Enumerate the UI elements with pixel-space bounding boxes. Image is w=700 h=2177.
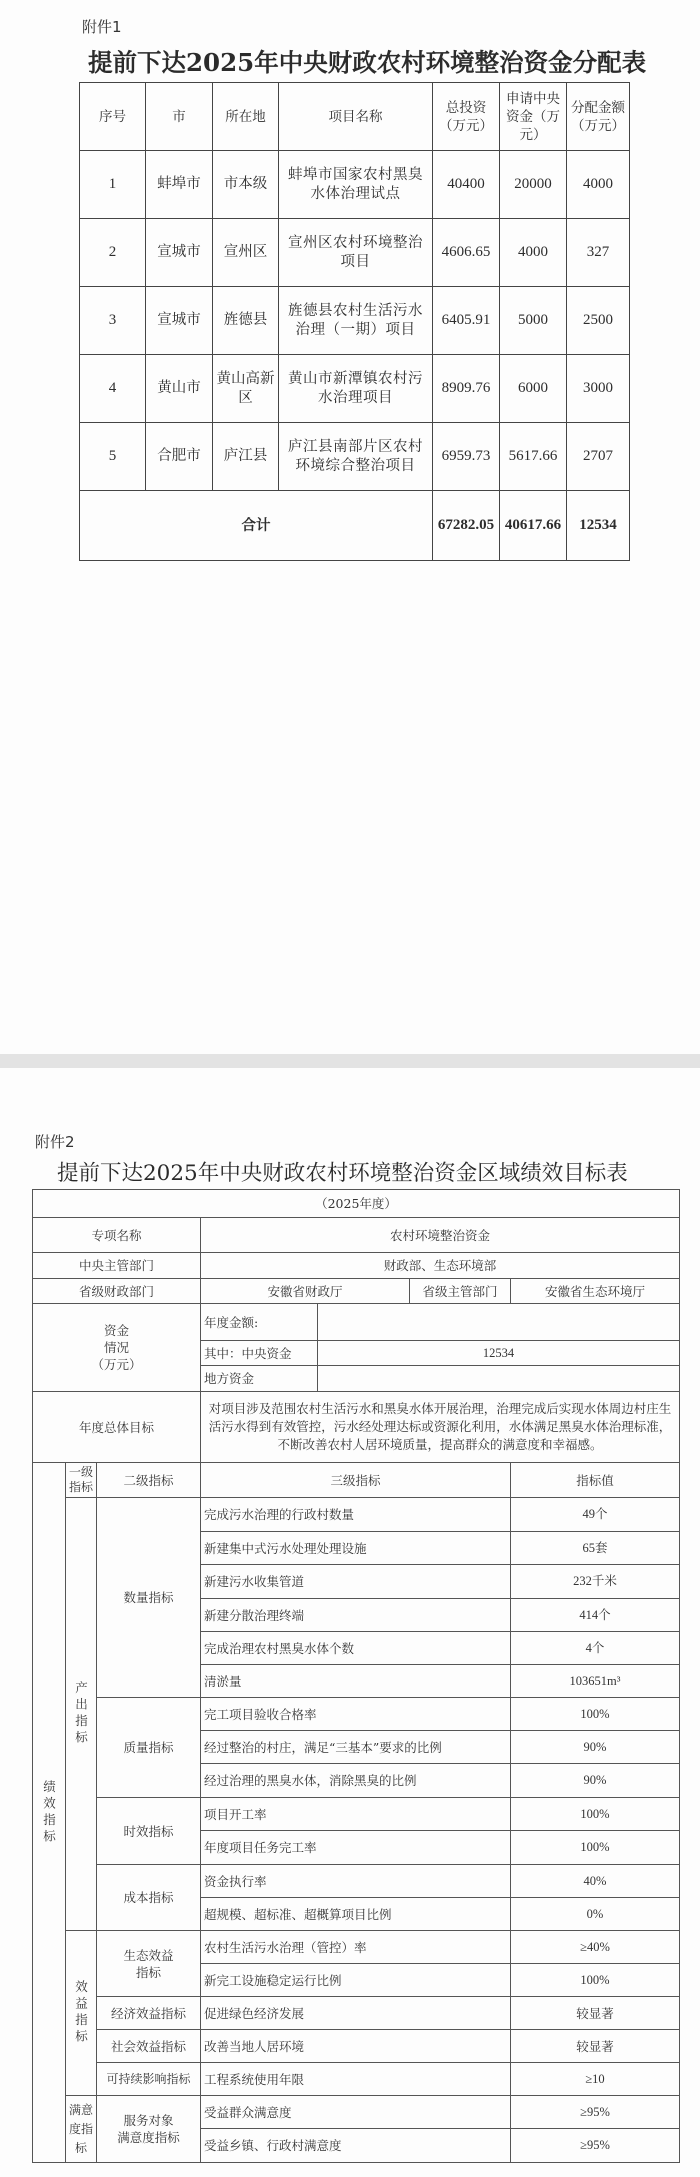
indicator-name: 新建污水收集管道	[201, 1565, 511, 1599]
allocated-sum: 12534	[567, 491, 630, 561]
header-allocated: 分配金额（万元）	[567, 83, 630, 151]
indicator-value: 100%	[511, 1964, 680, 1997]
table-header-row: 序号 市 所在地 项目名称 总投资（万元） 申请中央资金（万元） 分配金额（万元…	[80, 83, 630, 151]
prov-dept-value: 安徽省生态环境厅	[511, 1279, 680, 1304]
indicator-name: 项目开工率	[201, 1798, 511, 1831]
indicator-name: 完工项目验收合格率	[201, 1698, 511, 1731]
indicator-name: 促进绿色经济发展	[201, 1997, 511, 2030]
cell-total-investment: 6959.73	[433, 423, 500, 491]
indicator-value: ≥95%	[511, 2096, 680, 2129]
benefit-indicators-label: 效益指标	[66, 1931, 97, 2096]
annual-goal-row: 年度总体目标 对项目涉及范围农村生活污水和黑臭水体开展治理，治理完成后实现水体周…	[33, 1392, 680, 1463]
cell-allocated: 2500	[567, 287, 630, 355]
special-name-row: 专项名称 农村环境整治资金	[33, 1218, 680, 1253]
table-row: 2 宣城市 宣州区 宣州区农村环境整治项目 4606.65 4000 327	[80, 219, 630, 287]
special-name-value: 农村环境整治资金	[201, 1218, 680, 1253]
cell-allocated: 3000	[567, 355, 630, 423]
header-project: 项目名称	[279, 83, 433, 151]
service-satisfaction-label: 服务对象 满意度指标	[97, 2096, 201, 2163]
indicator-value: 100%	[511, 1798, 680, 1831]
special-name-label: 专项名称	[33, 1218, 201, 1253]
allocation-table: 序号 市 所在地 项目名称 总投资（万元） 申请中央资金（万元） 分配金额（万元…	[79, 82, 630, 561]
cell-project: 旌德县农村生活污水治理（一期）项目	[279, 287, 433, 355]
funds-annual-row: 资金 情况 （万元） 年度金额:	[33, 1304, 680, 1341]
total-investment-sum: 67282.05	[433, 491, 500, 561]
local-funds-value	[318, 1366, 680, 1392]
central-dept-label: 中央主管部门	[33, 1253, 201, 1279]
cell-allocated: 327	[567, 219, 630, 287]
social-indicators-label: 社会效益指标	[97, 2030, 201, 2063]
page-title: 提前下达2025年中央财政农村环境整治资金区域绩效目标表	[57, 1156, 628, 1187]
economic-indicators-label: 经济效益指标	[97, 1997, 201, 2030]
indicator-value: ≥95%	[511, 2129, 680, 2163]
indicator-value: 103651m³	[511, 1665, 680, 1698]
table-row: 1 蚌埠市 市本级 蚌埠市国家农村黑臭水体治理试点 40400 20000 40…	[80, 151, 630, 219]
indicator-name: 经过治理的黑臭水体，消除黑臭的比例	[201, 1764, 511, 1798]
prov-finance-value: 安徽省财政厅	[201, 1279, 410, 1304]
satisfaction-indicators-label: 满意度指标	[66, 2096, 97, 2163]
cell-project: 黄山市新潭镇农村污水治理项目	[279, 355, 433, 423]
indicator-row: 可持续影响指标 工程系统使用年限 ≥10	[33, 2063, 680, 2096]
header-city: 市	[146, 83, 213, 151]
indicator-name: 年度项目任务完工率	[201, 1831, 511, 1865]
indicator-value: 40%	[511, 1865, 680, 1898]
indicator-row: 质量指标 完工项目验收合格率 100%	[33, 1698, 680, 1731]
local-funds-label: 地方资金	[201, 1366, 318, 1392]
requested-central-sum: 40617.66	[500, 491, 567, 561]
cell-no: 4	[80, 355, 146, 423]
cell-location: 旌德县	[213, 287, 279, 355]
cell-location: 市本级	[213, 151, 279, 219]
header-value: 指标值	[511, 1463, 680, 1498]
cell-city: 黄山市	[146, 355, 213, 423]
cell-project: 蚌埠市国家农村黑臭水体治理试点	[279, 151, 433, 219]
indicator-row: 经济效益指标 促进绿色经济发展 较显著	[33, 1997, 680, 2030]
cost-indicators-label: 成本指标	[97, 1865, 201, 1931]
service-label-line1: 服务对象	[100, 2112, 197, 2129]
indicator-row: 时效指标 项目开工率 100%	[33, 1798, 680, 1831]
header-level2: 二级指标	[97, 1463, 201, 1498]
cell-requested-central: 20000	[500, 151, 567, 219]
table-row: 4 黄山市 黄山高新区 黄山市新潭镇农村污水治理项目 8909.76 6000 …	[80, 355, 630, 423]
indicator-row: 成本指标 资金执行率 40%	[33, 1865, 680, 1898]
cell-allocated: 2707	[567, 423, 630, 491]
cell-no: 3	[80, 287, 146, 355]
table-row: 5 合肥市 庐江县 庐江县南部片区农村环境综合整治项目 6959.73 5617…	[80, 423, 630, 491]
indicator-name: 受益乡镇、行政村满意度	[201, 2129, 511, 2163]
table-row: 3 宣城市 旌德县 旌德县农村生活污水治理（一期）项目 6405.91 5000…	[80, 287, 630, 355]
central-funds-label: 其中：中央资金	[201, 1341, 318, 1366]
total-label: 合计	[80, 491, 433, 561]
cell-allocated: 4000	[567, 151, 630, 219]
central-dept-row: 中央主管部门 财政部、生态环境部	[33, 1253, 680, 1279]
annual-amount-value	[318, 1304, 680, 1341]
attachment-label: 附件2	[35, 1131, 75, 1152]
cell-city: 合肥市	[146, 423, 213, 491]
cell-no: 2	[80, 219, 146, 287]
timeliness-indicators-label: 时效指标	[97, 1798, 201, 1865]
indicator-value: 0%	[511, 1898, 680, 1931]
indicator-name: 清淤量	[201, 1665, 511, 1698]
indicator-name: 完成治理农村黑臭水体个数	[201, 1632, 511, 1665]
indicator-header-row: 绩效指标 一级指标 二级指标 三级指标 指标值	[33, 1463, 680, 1498]
indicator-name: 新建集中式污水处理处理设施	[201, 1532, 511, 1565]
table-total-row: 合计 67282.05 40617.66 12534	[80, 491, 630, 561]
page-attachment-2: 附件2 提前下达2025年中央财政农村环境整治资金区域绩效目标表 （2025年度…	[0, 1068, 700, 2177]
central-funds-value: 12534	[318, 1341, 680, 1366]
annual-amount-label: 年度金额:	[201, 1304, 318, 1341]
service-label-line2: 满意度指标	[100, 2129, 197, 2146]
header-level1: 一级指标	[66, 1463, 97, 1498]
indicator-name: 改善当地人居环境	[201, 2030, 511, 2063]
ecological-label-line2: 指标	[100, 1964, 197, 1981]
funds-label: 资金 情况 （万元）	[33, 1304, 201, 1392]
indicator-value: 65套	[511, 1532, 680, 1565]
indicator-value: ≥40%	[511, 1931, 680, 1964]
page-attachment-1: 附件1 提前下达2025年中央财政农村环境整治资金分配表 序号 市 所在地 项目…	[0, 0, 700, 1054]
cell-total-investment: 40400	[433, 151, 500, 219]
cell-total-investment: 6405.91	[433, 287, 500, 355]
cell-no: 5	[80, 423, 146, 491]
indicator-name: 完成污水治理的行政村数量	[201, 1498, 511, 1532]
performance-indicators-label: 绩效指标	[33, 1463, 66, 2163]
quantity-indicators-label: 数量指标	[97, 1498, 201, 1698]
funds-label-line1: 资金	[36, 1322, 197, 1339]
indicator-name: 超规模、超标准、超概算项目比例	[201, 1898, 511, 1931]
indicator-value: 414个	[511, 1599, 680, 1632]
indicator-name: 农村生活污水治理（管控）率	[201, 1931, 511, 1964]
cell-location: 宣州区	[213, 219, 279, 287]
attachment-label: 附件1	[82, 16, 122, 37]
cell-requested-central: 6000	[500, 355, 567, 423]
indicator-value: ≥10	[511, 2063, 680, 2096]
indicator-value: 100%	[511, 1831, 680, 1865]
cell-city: 蚌埠市	[146, 151, 213, 219]
indicator-value: 较显著	[511, 2030, 680, 2063]
page-title: 提前下达2025年中央财政农村环境整治资金分配表	[88, 44, 646, 79]
cell-city: 宣城市	[146, 219, 213, 287]
header-total-investment: 总投资（万元）	[433, 83, 500, 151]
indicator-name: 经过整治的村庄，满足“三基本”要求的比例	[201, 1731, 511, 1764]
indicator-row: 社会效益指标 改善当地人居环境 较显著	[33, 2030, 680, 2063]
page-separator	[0, 1054, 700, 1068]
indicator-name: 受益群众满意度	[201, 2096, 511, 2129]
funds-label-line2: 情况	[36, 1339, 197, 1356]
header-requested-central: 申请中央资金（万元）	[500, 83, 567, 151]
indicator-name: 新完工设施稳定运行比例	[201, 1964, 511, 1997]
indicator-row: 满意度指标 服务对象 满意度指标 受益群众满意度 ≥95%	[33, 2096, 680, 2129]
output-indicators-label: 产出指标	[66, 1498, 97, 1931]
indicator-name: 资金执行率	[201, 1865, 511, 1898]
cell-project: 庐江县南部片区农村环境综合整治项目	[279, 423, 433, 491]
year-row: （2025年度）	[33, 1190, 680, 1218]
indicator-value: 4个	[511, 1632, 680, 1665]
indicator-name: 新建分散治理终端	[201, 1599, 511, 1632]
sustainable-indicators-label: 可持续影响指标	[97, 2063, 201, 2096]
funds-label-line3: （万元）	[36, 1356, 197, 1373]
cell-requested-central: 4000	[500, 219, 567, 287]
provincial-row: 省级财政部门 安徽省财政厅 省级主管部门 安徽省生态环境厅	[33, 1279, 680, 1304]
indicator-value: 较显著	[511, 1997, 680, 2030]
cell-project: 宣州区农村环境整治项目	[279, 219, 433, 287]
cell-total-investment: 8909.76	[433, 355, 500, 423]
cell-no: 1	[80, 151, 146, 219]
year-label: （2025年度）	[33, 1190, 680, 1218]
indicator-value: 100%	[511, 1698, 680, 1731]
prov-dept-label: 省级主管部门	[410, 1279, 511, 1304]
cell-city: 宣城市	[146, 287, 213, 355]
central-dept-value: 财政部、生态环境部	[201, 1253, 680, 1279]
annual-goal-text: 对项目涉及范围农村生活污水和黑臭水体开展治理，治理完成后实现水体周边村庄生活污水…	[201, 1392, 680, 1463]
cell-requested-central: 5000	[500, 287, 567, 355]
indicator-value: 90%	[511, 1731, 680, 1764]
header-no: 序号	[80, 83, 146, 151]
performance-target-table: （2025年度） 专项名称 农村环境整治资金 中央主管部门 财政部、生态环境部 …	[32, 1189, 680, 2163]
prov-finance-label: 省级财政部门	[33, 1279, 201, 1304]
header-level3: 三级指标	[201, 1463, 511, 1498]
ecological-label-line1: 生态效益	[100, 1947, 197, 1964]
cell-requested-central: 5617.66	[500, 423, 567, 491]
indicator-value: 49个	[511, 1498, 680, 1532]
indicator-row: 产出指标 数量指标 完成污水治理的行政村数量 49个	[33, 1498, 680, 1532]
indicator-row: 效益指标 生态效益 指标 农村生活污水治理（管控）率 ≥40%	[33, 1931, 680, 1964]
ecological-indicators-label: 生态效益 指标	[97, 1931, 201, 1997]
indicator-value: 232千米	[511, 1565, 680, 1599]
quality-indicators-label: 质量指标	[97, 1698, 201, 1798]
header-location: 所在地	[213, 83, 279, 151]
cell-total-investment: 4606.65	[433, 219, 500, 287]
indicator-name: 工程系统使用年限	[201, 2063, 511, 2096]
indicator-value: 90%	[511, 1764, 680, 1798]
cell-location: 黄山高新区	[213, 355, 279, 423]
annual-goal-label: 年度总体目标	[33, 1392, 201, 1463]
cell-location: 庐江县	[213, 423, 279, 491]
